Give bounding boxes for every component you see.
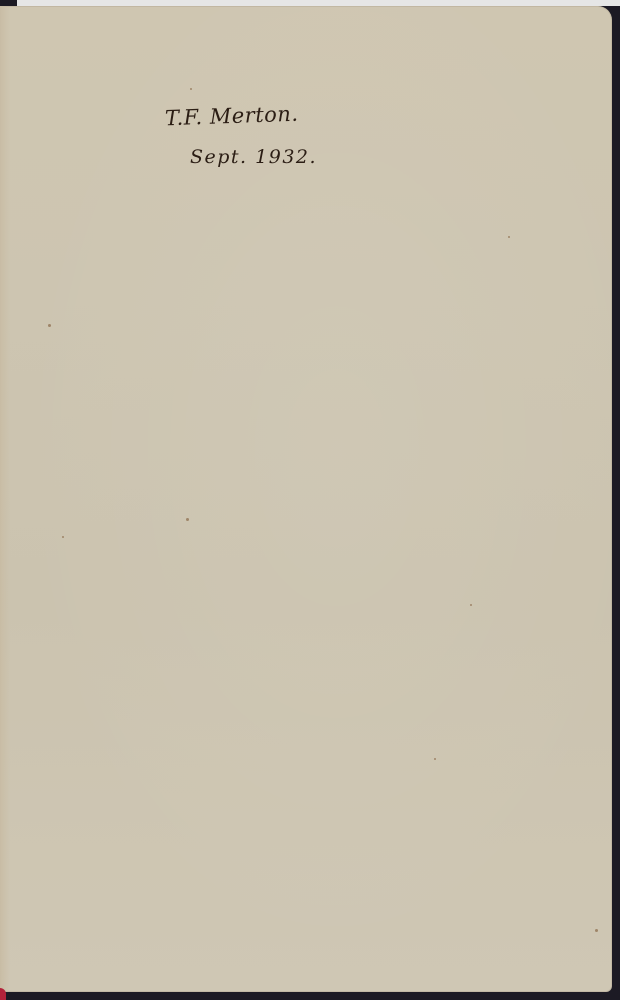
paper-speck: [62, 536, 64, 538]
paper-speck: [470, 604, 472, 606]
paper-speck: [434, 758, 436, 760]
paper-speck: [190, 88, 192, 90]
handwritten-owner-name: T.F. Merton.: [165, 102, 299, 131]
book-flyleaf-page: T.F. Merton. Sept. 1932.: [0, 6, 612, 992]
scanned-page-view: T.F. Merton. Sept. 1932.: [0, 0, 620, 1000]
paper-speck: [48, 324, 51, 327]
paper-speck: [595, 929, 598, 932]
paper-speck: [186, 518, 189, 521]
paper-speck: [508, 236, 510, 238]
page-gutter-edge: [0, 6, 10, 992]
handwritten-date: Sept. 1932.: [190, 146, 317, 168]
